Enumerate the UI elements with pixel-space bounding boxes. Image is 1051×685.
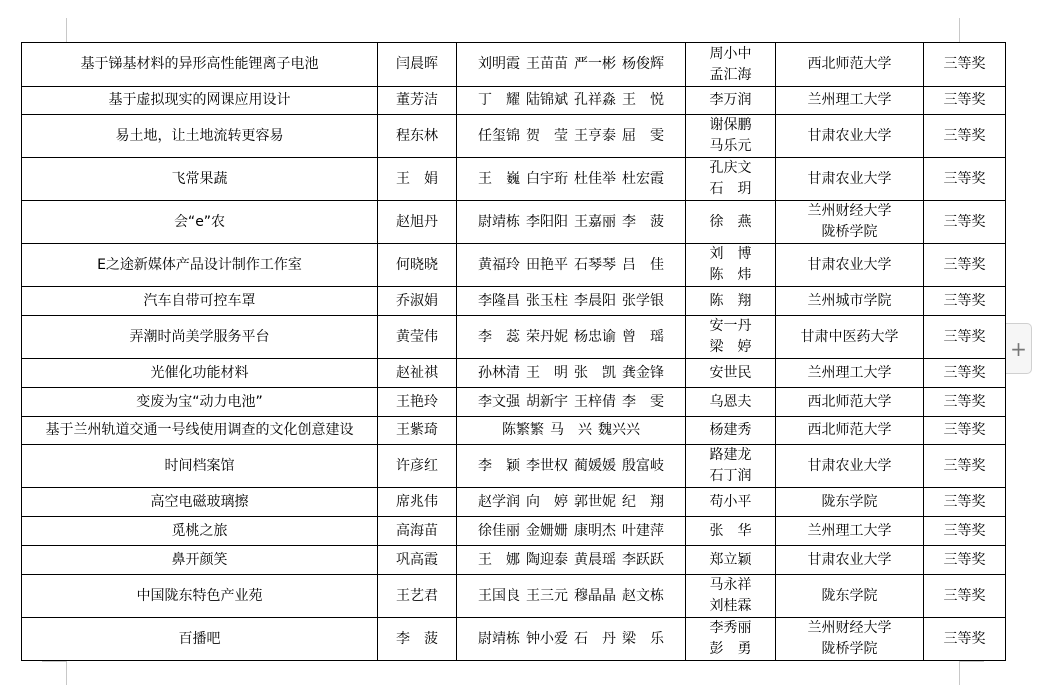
members-cell: 王国良王三元穆晶晶赵文栋 [457,575,686,618]
advisor-name: 马永祥 [686,575,775,596]
page-corner-mark [42,661,67,662]
leader-name: 巩高霞 [396,552,438,568]
member-name: 王三元 [526,586,568,607]
award-level: 三等奖 [944,494,986,510]
award-level: 三等奖 [944,422,986,438]
member-name: 陶迎泰 [526,550,568,571]
school-name: 陇桥学院 [776,222,923,243]
member-name: 李 蕊 [478,327,520,348]
leader-cell: 许彦红 [378,445,457,488]
leader-cell: 闫晨晖 [378,43,457,87]
award-level: 三等奖 [944,458,986,474]
project-name-cell: 光催化功能材料 [22,359,378,388]
award-level: 三等奖 [944,523,986,539]
leader-name: 席兆伟 [396,494,438,510]
member-name: 杨忠谕 [574,327,616,348]
school-cell: 兰州理工大学 [776,87,924,115]
members-cell: 李隆昌张玉柱李晨阳张学银 [457,287,686,316]
project-name: 中国陇东特色产业苑 [137,588,263,604]
table-row: 变废为宝“动力电池”王艳玲李文强胡新宇王梓倩李 雯乌恩夫西北师范大学三等奖 [22,388,1006,417]
project-name: 变废为宝“动力电池” [136,394,263,410]
award-cell: 三等奖 [924,43,1006,87]
table-row: 光催化功能材料赵祉祺孙林清王 明张 凯龚金锋安世民兰州理工大学三等奖 [22,359,1006,388]
leader-name: 许彦红 [396,458,438,474]
member-name: 张玉柱 [526,291,568,312]
member-name: 金姗姗 [526,521,568,542]
members-cell: 王 娜陶迎泰黄晨瑶李跃跃 [457,546,686,575]
advisor-name: 徐 燕 [686,212,775,233]
award-cell: 三等奖 [924,575,1006,618]
table-row: 时间档案馆许彦红李 颖李世权蔺媛媛殷富岐路建龙石丁润甘肃农业大学三等奖 [22,445,1006,488]
leader-cell: 王紫琦 [378,417,457,445]
page-corner-mark [66,18,67,42]
advisor-name: 马乐元 [686,136,775,157]
member-name: 李阳阳 [526,212,568,233]
advisor-name: 谢保鹏 [686,115,775,136]
project-name: 基于虚拟现实的网课应用设计 [109,92,291,108]
plus-icon: + [1010,339,1027,359]
member-name: 康明杰 [574,521,616,542]
leader-cell: 高海苗 [378,517,457,546]
project-name-cell: 百播吧 [22,618,378,661]
award-level: 三等奖 [944,588,986,604]
table-row: 觅桃之旅高海苗徐佳丽金姗姗康明杰叶建萍张 华兰州理工大学三等奖 [22,517,1006,546]
member-name: 吕 佳 [622,255,664,276]
add-row-button[interactable]: + [1006,323,1032,374]
leader-name: 黄莹伟 [396,329,438,345]
member-name: 丁 耀 [478,90,520,111]
advisor-name: 郑立颖 [686,550,775,571]
table-row: 易土地，让土地流转更容易程东林任玺锦贺 莹王亨泰屈 雯谢保鹏马乐元甘肃农业大学三… [22,115,1006,158]
project-name-cell: 鼻开颜笑 [22,546,378,575]
advisors-cell: 李万润 [686,87,776,115]
member-name: 王国良 [478,586,520,607]
member-name: 刘明霞 [478,54,520,75]
advisor-name: 孔庆文 [686,158,775,179]
member-name: 王 悦 [622,90,664,111]
member-name: 李跃跃 [622,550,664,571]
school-cell: 甘肃农业大学 [776,158,924,201]
advisor-name: 陈 炜 [686,265,775,286]
project-name: 汽车自带可控车罩 [144,293,256,309]
school-name: 甘肃农业大学 [776,255,923,276]
project-name-cell: 基于虚拟现实的网课应用设计 [22,87,378,115]
award-cell: 三等奖 [924,316,1006,359]
advisor-name: 孟汇海 [686,65,775,86]
project-name: 百播吧 [179,631,221,647]
member-name: 殷富岐 [622,456,664,477]
advisor-name: 苟小平 [686,492,775,513]
member-name: 王 巍 [478,169,520,190]
school-name: 陇桥学院 [776,639,923,660]
award-cell: 三等奖 [924,244,1006,287]
member-name: 钟小爱 [526,629,568,650]
member-name: 龚金锋 [622,363,664,384]
leader-cell: 乔淑娟 [378,287,457,316]
school-cell: 陇东学院 [776,575,924,618]
page-corner-mark [959,661,960,685]
project-name-cell: E之途新媒体产品设计制作工作室 [22,244,378,287]
school-cell: 陇东学院 [776,488,924,517]
advisors-cell: 陈 翔 [686,287,776,316]
project-name-cell: 汽车自带可控车罩 [22,287,378,316]
leader-cell: 赵祉祺 [378,359,457,388]
table-row: 基于兰州轨道交通一号线使用调查的文化创意建设王紫琦陈繁繁马 兴魏兴兴杨建秀西北师… [22,417,1006,445]
members-cell: 李 蕊荣丹妮杨忠谕曾 瑶 [457,316,686,359]
members-cell: 任玺锦贺 莹王亨泰屈 雯 [457,115,686,158]
advisor-name: 李秀丽 [686,618,775,639]
advisors-cell: 李秀丽彭 勇 [686,618,776,661]
member-name: 屈 雯 [622,126,664,147]
project-name: 高空电磁玻璃擦 [151,494,249,510]
advisors-cell: 安世民 [686,359,776,388]
member-name: 王 娜 [478,550,520,571]
advisor-name: 安一丹 [686,316,775,337]
member-name: 郭世妮 [574,492,616,513]
member-name: 李 雯 [622,392,664,413]
advisor-name: 石丁润 [686,466,775,487]
member-name: 穆晶晶 [574,586,616,607]
award-cell: 三等奖 [924,158,1006,201]
award-level: 三等奖 [944,631,986,647]
member-name: 赵学润 [478,492,520,513]
member-name: 赵文栋 [622,586,664,607]
member-name: 任玺锦 [478,126,520,147]
school-cell: 兰州理工大学 [776,359,924,388]
member-name: 王苗苗 [526,54,568,75]
project-name-cell: 变废为宝“动力电池” [22,388,378,417]
project-name-cell: 基于兰州轨道交通一号线使用调查的文化创意建设 [22,417,378,445]
award-cell: 三等奖 [924,618,1006,661]
school-name: 甘肃农业大学 [776,456,923,477]
project-name: 基于锑基材料的异形高性能锂离子电池 [81,56,319,72]
members-cell: 尉靖栋钟小爱石 丹梁 乐 [457,618,686,661]
advisors-cell: 乌恩夫 [686,388,776,417]
leader-cell: 董芳洁 [378,87,457,115]
project-name: 基于兰州轨道交通一号线使用调查的文化创意建设 [46,422,354,438]
school-name: 兰州财经大学 [776,618,923,639]
members-cell: 赵学润向 婷郭世妮纪 翔 [457,488,686,517]
advisor-name: 安世民 [686,363,775,384]
members-cell: 刘明霞王苗苗严一彬杨俊辉 [457,43,686,87]
member-name: 黄福玲 [478,255,520,276]
school-cell: 西北师范大学 [776,388,924,417]
leader-name: 程东林 [396,128,438,144]
project-name: 飞常果蔬 [172,171,228,187]
award-cell: 三等奖 [924,201,1006,244]
award-level: 三等奖 [944,214,986,230]
page-corner-mark [66,661,67,685]
member-name: 张学银 [622,291,664,312]
member-name: 李世权 [526,456,568,477]
advisor-name: 梁 婷 [686,337,775,358]
member-name: 孙林清 [478,363,520,384]
advisor-name: 陈 翔 [686,291,775,312]
project-name-cell: 会“e”农 [22,201,378,244]
table-row: 中国陇东特色产业苑王艺君王国良王三元穆晶晶赵文栋马永祥刘桂霖陇东学院三等奖 [22,575,1006,618]
member-name: 陆锦斌 [526,90,568,111]
leader-name: 王 娟 [396,171,438,187]
project-name-cell: 中国陇东特色产业苑 [22,575,378,618]
leader-name: 李 菠 [396,631,438,647]
member-name: 陈繁繁 [502,420,544,441]
member-name: 蔺媛媛 [574,456,616,477]
advisors-cell: 杨建秀 [686,417,776,445]
advisor-name: 杨建秀 [686,420,775,441]
member-name: 梁 乐 [622,629,664,650]
award-cell: 三等奖 [924,287,1006,316]
members-cell: 李 颖李世权蔺媛媛殷富岐 [457,445,686,488]
advisors-cell: 路建龙石丁润 [686,445,776,488]
member-name: 李 菠 [622,212,664,233]
members-cell: 陈繁繁马 兴魏兴兴 [457,417,686,445]
award-level: 三等奖 [944,128,986,144]
leader-cell: 李 菠 [378,618,457,661]
leader-cell: 黄莹伟 [378,316,457,359]
members-cell: 尉靖栋李阳阳王嘉丽李 菠 [457,201,686,244]
member-name: 李隆昌 [478,291,520,312]
member-name: 尉靖栋 [478,629,520,650]
member-name: 胡新宇 [526,392,568,413]
school-cell: 甘肃农业大学 [776,115,924,158]
members-cell: 孙林清王 明张 凯龚金锋 [457,359,686,388]
table-row: 会“e”农赵旭丹尉靖栋李阳阳王嘉丽李 菠徐 燕兰州财经大学陇桥学院三等奖 [22,201,1006,244]
award-cell: 三等奖 [924,388,1006,417]
leader-cell: 王 娟 [378,158,457,201]
table-row: 鼻开颜笑巩高霞王 娜陶迎泰黄晨瑶李跃跃郑立颖甘肃农业大学三等奖 [22,546,1006,575]
member-name: 王 明 [526,363,568,384]
school-name: 兰州理工大学 [776,363,923,384]
project-name-cell: 弄潮时尚美学服务平台 [22,316,378,359]
table-row: 百播吧李 菠尉靖栋钟小爱石 丹梁 乐李秀丽彭 勇兰州财经大学陇桥学院三等奖 [22,618,1006,661]
member-name: 杨俊辉 [622,54,664,75]
members-cell: 黄福玲田艳平石琴琴吕 佳 [457,244,686,287]
member-name: 叶建萍 [622,521,664,542]
table-row: 基于锑基材料的异形高性能锂离子电池闫晨晖刘明霞王苗苗严一彬杨俊辉周小中孟汇海西北… [22,43,1006,87]
school-name: 陇东学院 [776,586,923,607]
advisors-cell: 孔庆文石 玥 [686,158,776,201]
leader-cell: 巩高霞 [378,546,457,575]
table-row: 飞常果蔬王 娟王 巍白宇珩杜佳举杜宏霞孔庆文石 玥甘肃农业大学三等奖 [22,158,1006,201]
school-name: 陇东学院 [776,492,923,513]
advisors-cell: 谢保鹏马乐元 [686,115,776,158]
leader-name: 王艺君 [396,588,438,604]
advisor-name: 路建龙 [686,445,775,466]
school-cell: 兰州财经大学陇桥学院 [776,618,924,661]
school-cell: 西北师范大学 [776,417,924,445]
member-name: 白宇珩 [526,169,568,190]
leader-cell: 何晓晓 [378,244,457,287]
member-name: 张 凯 [574,363,616,384]
members-cell: 李文强胡新宇王梓倩李 雯 [457,388,686,417]
award-level: 三等奖 [944,293,986,309]
school-cell: 甘肃农业大学 [776,244,924,287]
school-cell: 西北师范大学 [776,43,924,87]
project-name: 会“e”农 [174,214,225,230]
project-name-cell: 高空电磁玻璃擦 [22,488,378,517]
member-name: 李文强 [478,392,520,413]
leader-cell: 赵旭丹 [378,201,457,244]
member-name: 黄晨瑶 [574,550,616,571]
award-cell: 三等奖 [924,115,1006,158]
award-level: 三等奖 [944,329,986,345]
member-name: 荣丹妮 [526,327,568,348]
school-name: 甘肃农业大学 [776,126,923,147]
school-name: 甘肃农业大学 [776,169,923,190]
member-name: 曾 瑶 [622,327,664,348]
member-name: 徐佳丽 [478,521,520,542]
award-cell: 三等奖 [924,445,1006,488]
leader-cell: 王艳玲 [378,388,457,417]
leader-cell: 程东林 [378,115,457,158]
advisors-cell: 安一丹梁 婷 [686,316,776,359]
advisor-name: 石 玥 [686,179,775,200]
project-name: 觅桃之旅 [172,523,228,539]
school-cell: 兰州理工大学 [776,517,924,546]
advisors-cell: 张 华 [686,517,776,546]
school-cell: 甘肃中医药大学 [776,316,924,359]
school-name: 兰州城市学院 [776,291,923,312]
school-name: 西北师范大学 [776,54,923,75]
leader-name: 闫晨晖 [396,56,438,72]
advisor-name: 刘 博 [686,244,775,265]
award-cell: 三等奖 [924,546,1006,575]
page-corner-mark [959,18,960,42]
project-name-cell: 基于锑基材料的异形高性能锂离子电池 [22,43,378,87]
advisors-cell: 周小中孟汇海 [686,43,776,87]
member-name: 李 颖 [478,456,520,477]
award-level: 三等奖 [944,552,986,568]
table-row: 弄潮时尚美学服务平台黄莹伟李 蕊荣丹妮杨忠谕曾 瑶安一丹梁 婷甘肃中医药大学三等… [22,316,1006,359]
awards-table: 基于锑基材料的异形高性能锂离子电池闫晨晖刘明霞王苗苗严一彬杨俊辉周小中孟汇海西北… [21,42,1006,661]
project-name: 鼻开颜笑 [172,552,228,568]
member-name: 孔祥淼 [574,90,616,111]
award-cell: 三等奖 [924,517,1006,546]
award-level: 三等奖 [944,257,986,273]
table-row: 高空电磁玻璃擦席兆伟赵学润向 婷郭世妮纪 翔苟小平陇东学院三等奖 [22,488,1006,517]
project-name: 易土地，让土地流转更容易 [116,128,284,144]
table-row: E之途新媒体产品设计制作工作室何晓晓黄福玲田艳平石琴琴吕 佳刘 博陈 炜甘肃农业… [22,244,1006,287]
award-cell: 三等奖 [924,87,1006,115]
project-name-cell: 觅桃之旅 [22,517,378,546]
school-cell: 甘肃农业大学 [776,546,924,575]
advisors-cell: 郑立颖 [686,546,776,575]
leader-name: 乔淑娟 [396,293,438,309]
award-level: 三等奖 [944,56,986,72]
member-name: 纪 翔 [622,492,664,513]
school-name: 兰州理工大学 [776,90,923,111]
member-name: 王嘉丽 [574,212,616,233]
award-cell: 三等奖 [924,417,1006,445]
leader-name: 王艳玲 [396,394,438,410]
school-name: 甘肃中医药大学 [776,327,923,348]
member-name: 石琴琴 [574,255,616,276]
award-level: 三等奖 [944,394,986,410]
award-level: 三等奖 [944,92,986,108]
project-name-cell: 时间档案馆 [22,445,378,488]
award-level: 三等奖 [944,365,986,381]
leader-cell: 席兆伟 [378,488,457,517]
member-name: 田艳平 [526,255,568,276]
members-cell: 丁 耀陆锦斌孔祥淼王 悦 [457,87,686,115]
project-name: 弄潮时尚美学服务平台 [130,329,270,345]
members-cell: 王 巍白宇珩杜佳举杜宏霞 [457,158,686,201]
advisor-name: 李万润 [686,90,775,111]
member-name: 向 婷 [526,492,568,513]
member-name: 杜佳举 [574,169,616,190]
page-corner-mark [959,661,984,662]
advisors-cell: 刘 博陈 炜 [686,244,776,287]
advisor-name: 彭 勇 [686,639,775,660]
leader-name: 高海苗 [396,523,438,539]
member-name: 石 丹 [574,629,616,650]
member-name: 杜宏霞 [622,169,664,190]
leader-cell: 王艺君 [378,575,457,618]
leader-name: 何晓晓 [396,257,438,273]
member-name: 贺 莹 [526,126,568,147]
table-row: 汽车自带可控车罩乔淑娟李隆昌张玉柱李晨阳张学银陈 翔兰州城市学院三等奖 [22,287,1006,316]
advisors-cell: 徐 燕 [686,201,776,244]
members-cell: 徐佳丽金姗姗康明杰叶建萍 [457,517,686,546]
member-name: 李晨阳 [574,291,616,312]
project-name-cell: 易土地，让土地流转更容易 [22,115,378,158]
school-cell: 兰州城市学院 [776,287,924,316]
advisor-name: 张 华 [686,521,775,542]
award-level: 三等奖 [944,171,986,187]
member-name: 王梓倩 [574,392,616,413]
member-name: 严一彬 [574,54,616,75]
project-name-cell: 飞常果蔬 [22,158,378,201]
leader-name: 董芳洁 [396,92,438,108]
school-name: 兰州理工大学 [776,521,923,542]
school-name: 西北师范大学 [776,392,923,413]
advisor-name: 刘桂霖 [686,596,775,617]
advisors-cell: 马永祥刘桂霖 [686,575,776,618]
project-name: 时间档案馆 [165,458,235,474]
leader-name: 赵祉祺 [396,365,438,381]
member-name: 王亨泰 [574,126,616,147]
school-name: 甘肃农业大学 [776,550,923,571]
award-cell: 三等奖 [924,488,1006,517]
advisor-name: 周小中 [686,44,775,65]
advisor-name: 乌恩夫 [686,392,775,413]
leader-name: 赵旭丹 [396,214,438,230]
school-cell: 甘肃农业大学 [776,445,924,488]
award-cell: 三等奖 [924,359,1006,388]
school-name: 西北师范大学 [776,420,923,441]
school-cell: 兰州财经大学陇桥学院 [776,201,924,244]
member-name: 魏兴兴 [598,420,640,441]
project-name: E之途新媒体产品设计制作工作室 [97,257,302,273]
member-name: 马 兴 [550,420,592,441]
project-name: 光催化功能材料 [151,365,249,381]
table-row: 基于虚拟现实的网课应用设计董芳洁丁 耀陆锦斌孔祥淼王 悦李万润兰州理工大学三等奖 [22,87,1006,115]
leader-name: 王紫琦 [396,422,438,438]
member-name: 尉靖栋 [478,212,520,233]
advisors-cell: 苟小平 [686,488,776,517]
school-name: 兰州财经大学 [776,201,923,222]
